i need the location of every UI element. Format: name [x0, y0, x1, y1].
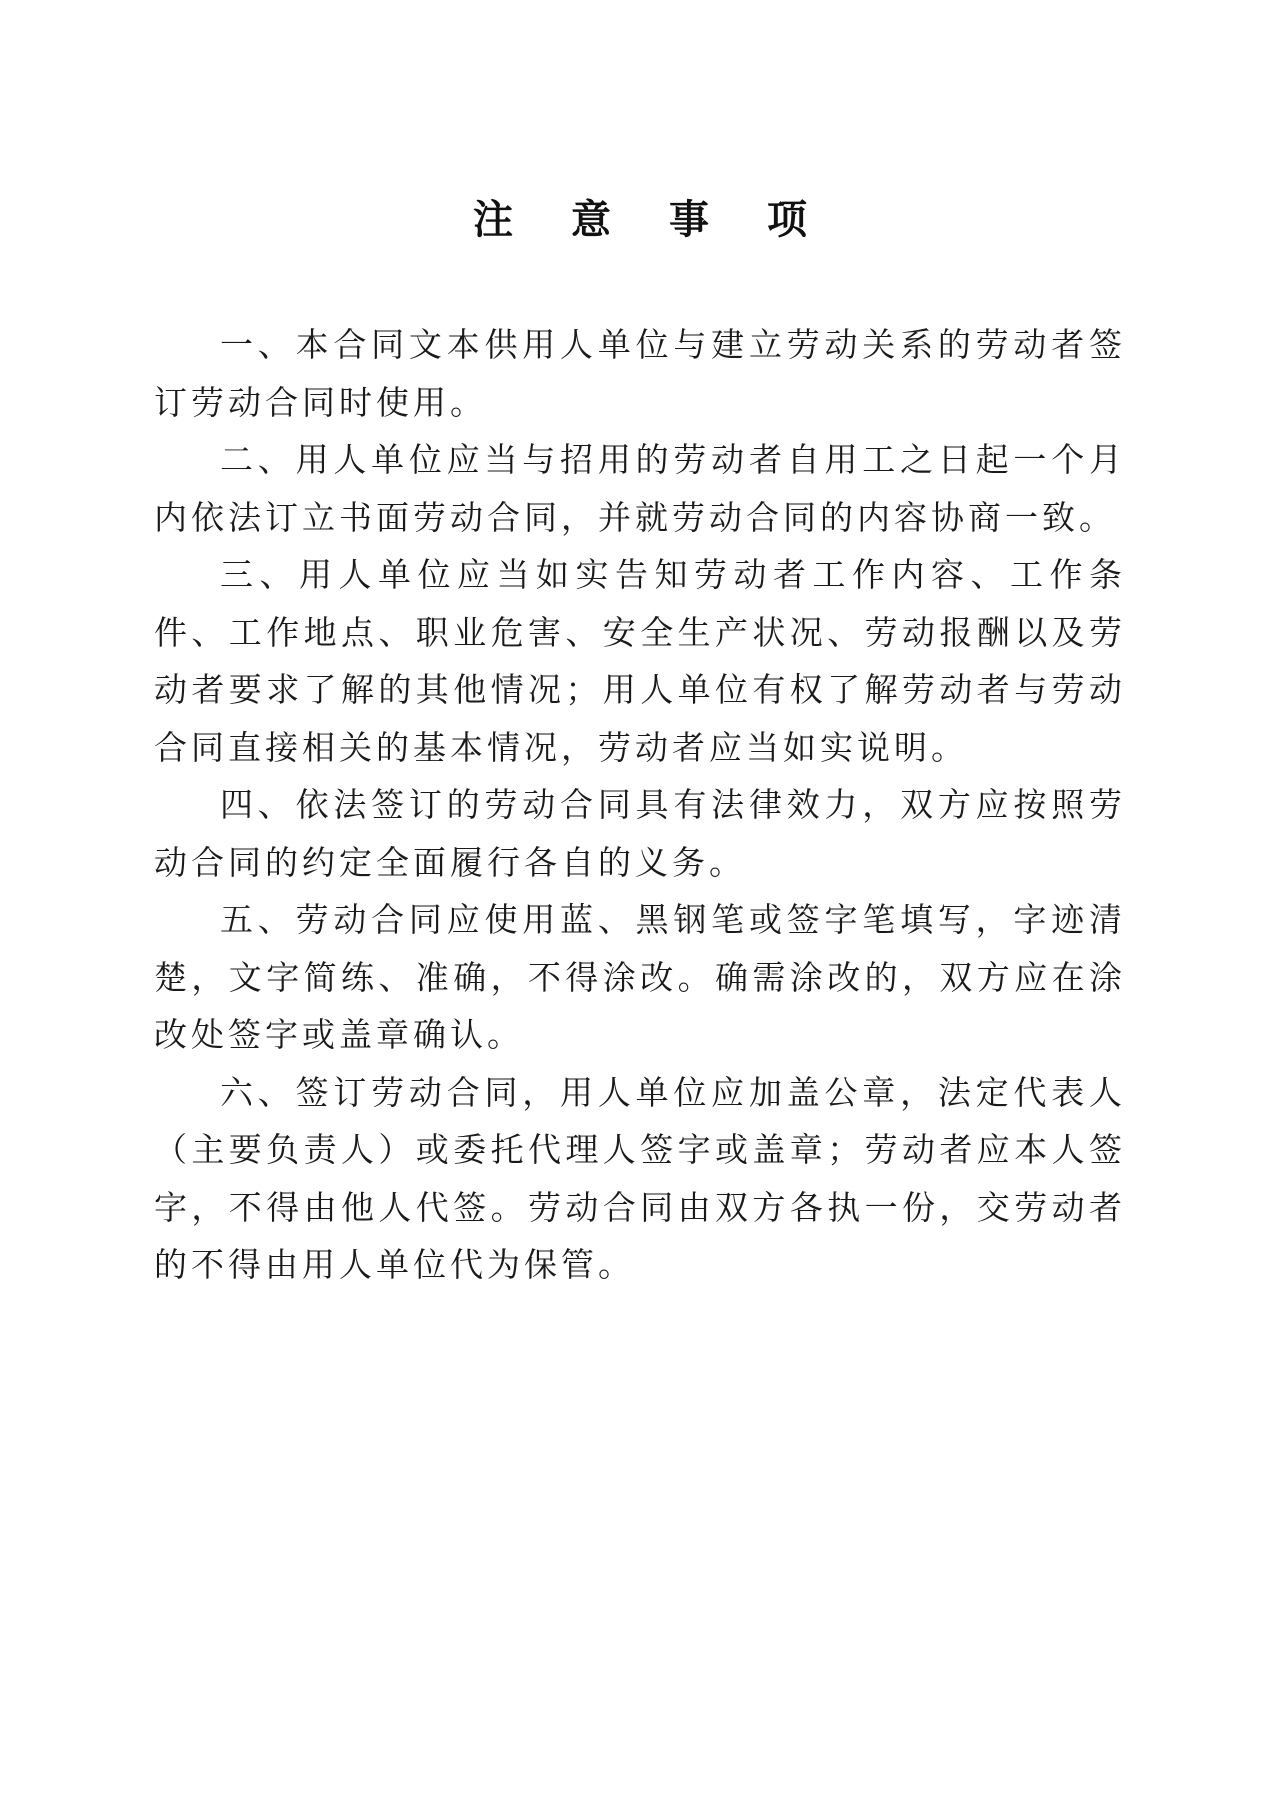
notice-paragraph-5: 五、劳动合同应使用蓝、黑钢笔或签字笔填写，字迹清楚，文字简练、准确，不得涂改。确…: [154, 893, 1126, 1066]
notice-paragraph-1: 一、本合同文本供用人单位与建立劳动关系的劳动者签订劳动合同时使用。: [154, 318, 1126, 433]
notice-paragraph-3: 三、用人单位应当如实告知劳动者工作内容、工作条件、工作地点、职业危害、安全生产状…: [154, 548, 1126, 778]
document-page: 注 意 事 项 一、本合同文本供用人单位与建立劳动关系的劳动者签订劳动合同时使用…: [0, 0, 1280, 1810]
notice-body: 一、本合同文本供用人单位与建立劳动关系的劳动者签订劳动合同时使用。 二、用人单位…: [154, 318, 1126, 1296]
notice-paragraph-6: 六、签订劳动合同，用人单位应加盖公章，法定代表人（主要负责人）或委托代理人签字或…: [154, 1066, 1126, 1296]
page-title: 注 意 事 项: [0, 0, 1280, 244]
notice-paragraph-2: 二、用人单位应当与招用的劳动者自用工之日起一个月内依法订立书面劳动合同，并就劳动…: [154, 433, 1126, 548]
notice-paragraph-4: 四、依法签订的劳动合同具有法律效力，双方应按照劳动合同的约定全面履行各自的义务。: [154, 778, 1126, 893]
